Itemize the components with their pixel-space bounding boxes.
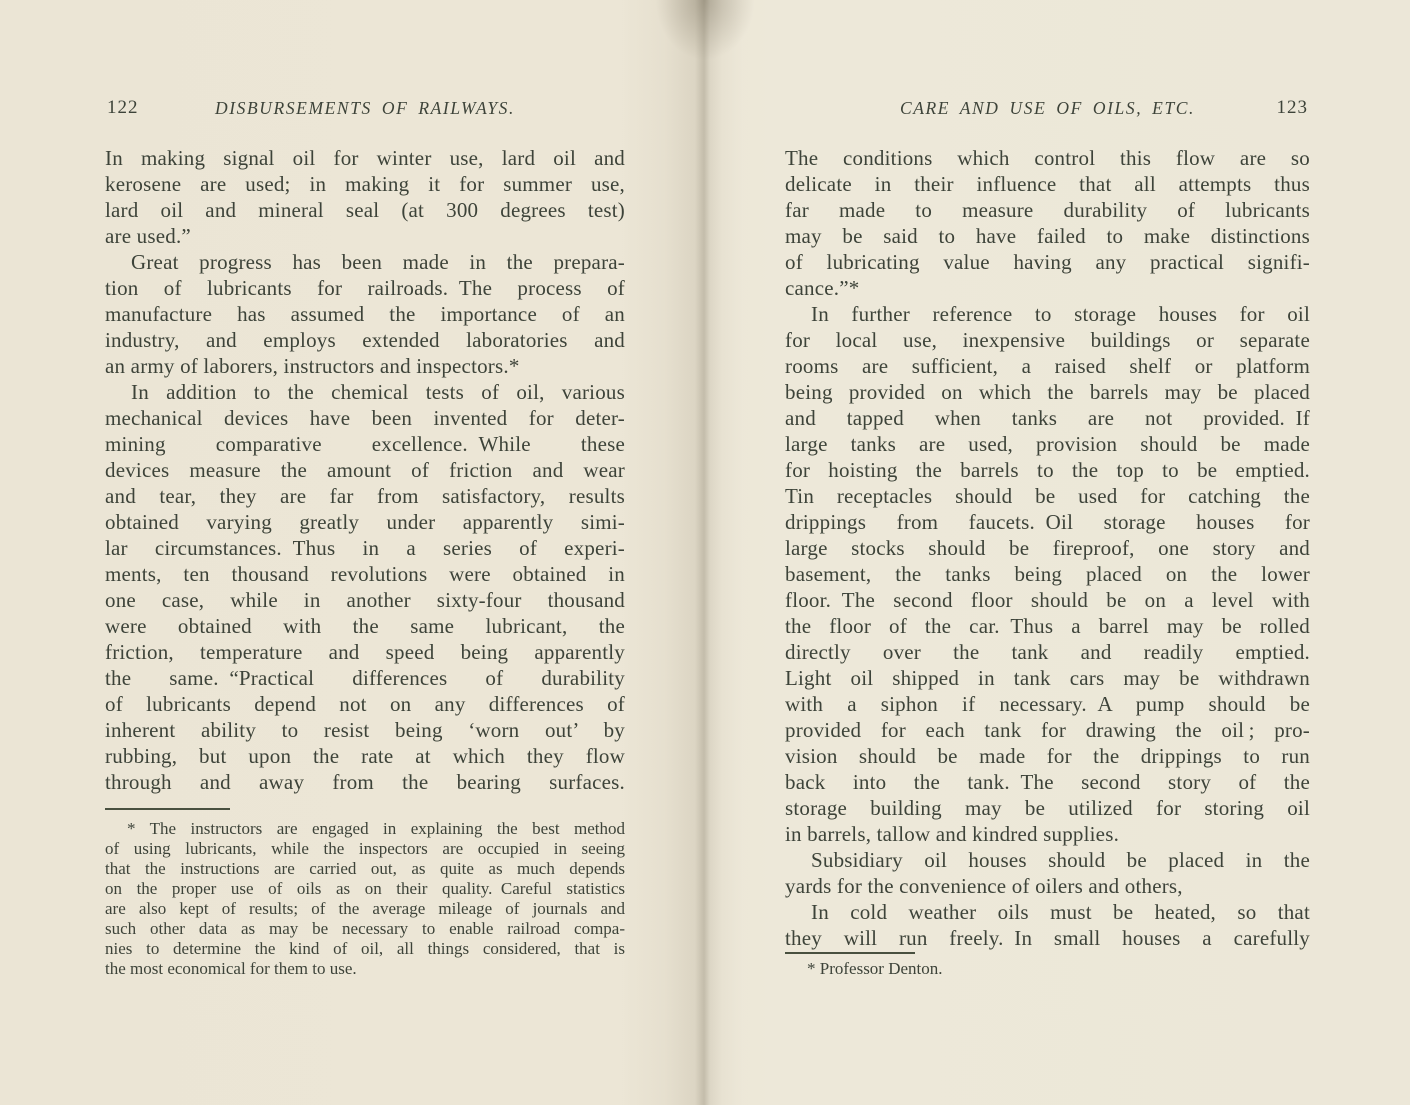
footnote-line: the most economical for them to use. <box>105 959 625 979</box>
book-spread: { "colors": { "paper": "#ece6d6", "ink":… <box>0 0 1410 1105</box>
text-line: through and away from the bearing surfac… <box>105 769 625 795</box>
text-line: being provided on which the barrels may … <box>785 379 1310 405</box>
text-line: Tin receptacles should be used for catch… <box>785 483 1310 509</box>
text-line: Light oil shipped in tank cars may be wi… <box>785 665 1310 691</box>
body-text: In making signal oil for winter use, lar… <box>105 145 625 795</box>
text-line: they will run freely. In small houses a … <box>785 925 1310 951</box>
text-line: for local use, inexpensive buildings or … <box>785 327 1310 353</box>
running-head: DISBURSEMENTS OF RAILWAYS. <box>105 98 625 119</box>
text-line: of lubricating value having any practica… <box>785 249 1310 275</box>
text-line: basement, the tanks being placed on the … <box>785 561 1310 587</box>
footnote: * The instructors are engaged in explain… <box>105 819 625 979</box>
text-line: lar circumstances. Thus in a series of e… <box>105 535 625 561</box>
text-line: and tapped when tanks are not provided. … <box>785 405 1310 431</box>
footnote-line: * Professor Denton. <box>785 959 1310 979</box>
text-line: were obtained with the same lubricant, t… <box>105 613 625 639</box>
text-line: the same. “Practical differences of dura… <box>105 665 625 691</box>
paragraph: In addition to the chemical tests of oil… <box>105 379 625 795</box>
text-line: lard oil and mineral seal (at 300 degree… <box>105 197 625 223</box>
paragraph: In cold weather oils must be heated, so … <box>785 899 1310 951</box>
paragraph: In further reference to storage houses f… <box>785 301 1310 847</box>
text-line: yards for the convenience of oilers and … <box>785 873 1310 899</box>
text-line: may be said to have failed to make disti… <box>785 223 1310 249</box>
text-line: ments, ten thousand revolutions were obt… <box>105 561 625 587</box>
text-line: drippings from faucets. Oil storage hous… <box>785 509 1310 535</box>
text-line: tion of lubricants for railroads. The pr… <box>105 275 625 301</box>
text-line: of lubricants depend not on any differen… <box>105 691 625 717</box>
text-line: mechanical devices have been invented fo… <box>105 405 625 431</box>
text-line: In addition to the chemical tests of oil… <box>105 379 625 405</box>
text-line: an army of laborers, instructors and ins… <box>105 353 625 379</box>
text-line: are used.” <box>105 223 625 249</box>
body-text: The conditions which control this flow a… <box>785 145 1310 951</box>
text-line: one case, while in another sixty-four th… <box>105 587 625 613</box>
text-line: industry, and employs extended laborator… <box>105 327 625 353</box>
text-line: the floor of the car. Thus a barrel may … <box>785 613 1310 639</box>
text-line: storage building may be utilized for sto… <box>785 795 1310 821</box>
text-line: rubbing, but upon the rate at which they… <box>105 743 625 769</box>
left-page-header: 122 DISBURSEMENTS OF RAILWAYS. <box>105 97 625 123</box>
paragraph: Great progress has been made in the prep… <box>105 249 625 379</box>
right-page: CARE AND USE OF OILS, ETC. 123 The condi… <box>785 97 1310 979</box>
footnote-line: on the proper use of oils as on their qu… <box>105 879 625 899</box>
text-line: In further reference to storage houses f… <box>785 301 1310 327</box>
footnote: * Professor Denton. <box>785 959 1310 979</box>
text-line: directly over the tank and readily empti… <box>785 639 1310 665</box>
text-line: with a siphon if necessary. A pump shoul… <box>785 691 1310 717</box>
text-line: friction, temperature and speed being ap… <box>105 639 625 665</box>
text-line: cance.”* <box>785 275 1310 301</box>
text-line: floor. The second floor should be on a l… <box>785 587 1310 613</box>
text-line: vision should be made for the drippings … <box>785 743 1310 769</box>
footnote-line: of using lubricants, while the inspector… <box>105 839 625 859</box>
text-line: In making signal oil for winter use, lar… <box>105 145 625 171</box>
text-line: large tanks are used, provision should b… <box>785 431 1310 457</box>
text-line: kerosene are used; in making it for summ… <box>105 171 625 197</box>
text-line: The conditions which control this flow a… <box>785 145 1310 171</box>
text-line: and tear, they are far from satisfactory… <box>105 483 625 509</box>
paragraph: Subsidiary oil houses should be placed i… <box>785 847 1310 899</box>
right-page-header: CARE AND USE OF OILS, ETC. 123 <box>785 97 1310 123</box>
book-gutter-shadow <box>620 0 770 1105</box>
text-line: provided for each tank for drawing the o… <box>785 717 1310 743</box>
text-line: Subsidiary oil houses should be placed i… <box>785 847 1310 873</box>
text-line: rooms are sufficient, a raised shelf or … <box>785 353 1310 379</box>
text-line: in barrels, tallow and kindred supplies. <box>785 821 1310 847</box>
text-line: manufacture has assumed the importance o… <box>105 301 625 327</box>
text-line: devices measure the amount of friction a… <box>105 457 625 483</box>
footnote-rule <box>105 808 230 810</box>
footnote-line: that the instructions are carried out, a… <box>105 859 625 879</box>
footnote-rule <box>785 952 915 954</box>
text-line: large stocks should be fireproof, one st… <box>785 535 1310 561</box>
footnote-line: are also kept of results; of the average… <box>105 899 625 919</box>
running-head: CARE AND USE OF OILS, ETC. <box>785 98 1310 119</box>
text-line: Great progress has been made in the prep… <box>105 249 625 275</box>
text-line: for hoisting the barrels to the top to b… <box>785 457 1310 483</box>
footnote-line: nies to determine the kind of oil, all t… <box>105 939 625 959</box>
left-page: 122 DISBURSEMENTS OF RAILWAYS. In making… <box>105 97 625 979</box>
footnote-line: * The instructors are engaged in explain… <box>105 819 625 839</box>
paragraph: The conditions which control this flow a… <box>785 145 1310 301</box>
text-line: back into the tank. The second story of … <box>785 769 1310 795</box>
text-line: In cold weather oils must be heated, so … <box>785 899 1310 925</box>
paragraph: In making signal oil for winter use, lar… <box>105 145 625 249</box>
text-line: obtained varying greatly under apparentl… <box>105 509 625 535</box>
text-line: mining comparative excellence. While the… <box>105 431 625 457</box>
book-spine-top-shadow <box>645 0 765 100</box>
footnote-line: such other data as may be necessary to e… <box>105 919 625 939</box>
page-number: 123 <box>1277 97 1309 119</box>
text-line: inherent ability to resist being ‘worn o… <box>105 717 625 743</box>
text-line: far made to measure durability of lubric… <box>785 197 1310 223</box>
text-line: delicate in their influence that all att… <box>785 171 1310 197</box>
